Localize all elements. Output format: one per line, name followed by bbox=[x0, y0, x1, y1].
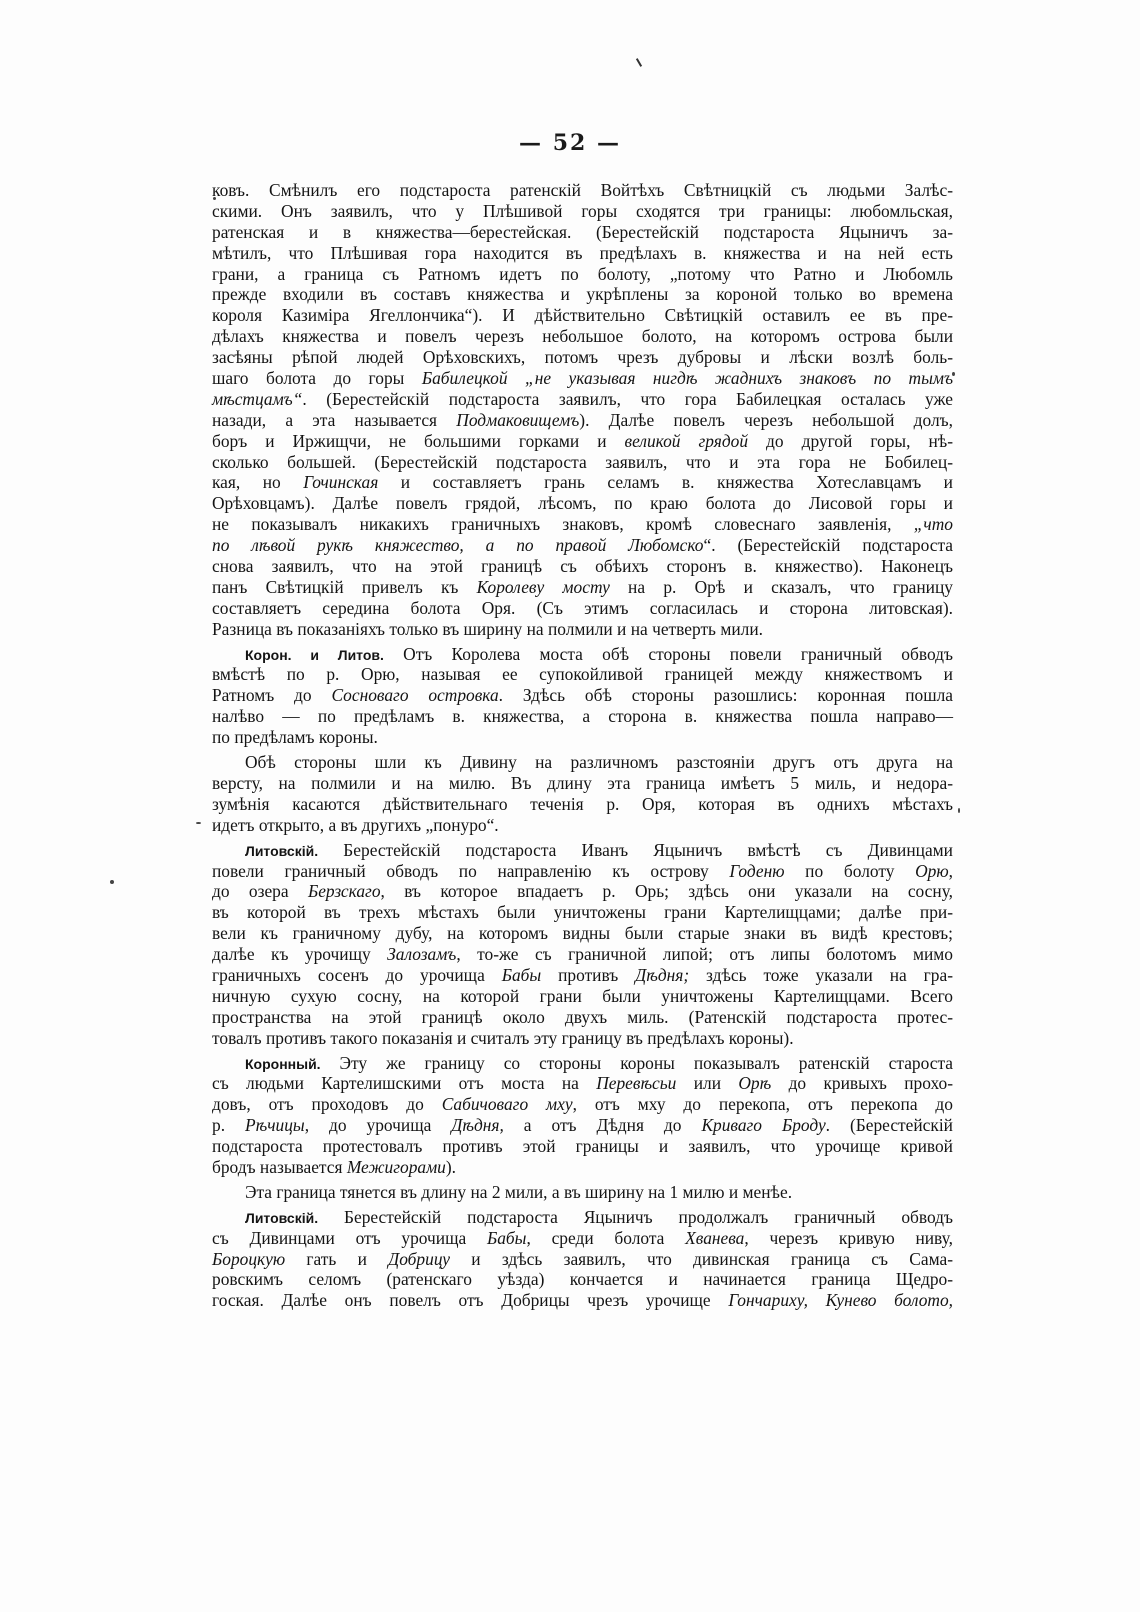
italic-term: Добрицу bbox=[388, 1249, 450, 1269]
text-line: короля Казиміра Ягеллончика“). И дѣйстви… bbox=[212, 305, 953, 326]
text-run: ковъ. Смѣнилъ его подстароста ратенскій … bbox=[212, 180, 953, 200]
italic-term: Перевѣсьи bbox=[596, 1073, 676, 1093]
text-run: здѣсь тоже указали на гра- bbox=[689, 965, 953, 985]
text-run: далѣе къ урочищу bbox=[212, 944, 387, 964]
text-line: сколько большей. (Берестейскій подстарос… bbox=[212, 452, 953, 473]
text-run: вели къ граничному дубу, на которомъ вид… bbox=[212, 923, 953, 943]
text-line: Бороцкую гать и Добрицу и здѣсь заявилъ,… bbox=[212, 1249, 953, 1270]
scan-speck bbox=[952, 372, 955, 376]
text-run: налѣво — по предѣламъ в. княжества, а ст… bbox=[212, 706, 953, 726]
text-run: Обѣ стороны шли къ Дивину на различномъ … bbox=[245, 752, 953, 772]
text-run: бродъ называется bbox=[212, 1157, 347, 1177]
text-line: не показывалъ никакихъ граничныхъ знаков… bbox=[212, 514, 953, 535]
body-text: ковъ. Смѣнилъ его подстароста ратенскій … bbox=[212, 180, 953, 1311]
italic-term: Дѣдня, bbox=[451, 1115, 504, 1135]
text-run: , черезъ кривую ниву, bbox=[744, 1228, 953, 1248]
text-line: ковъ. Смѣнилъ его подстароста ратенскій … bbox=[212, 180, 953, 201]
text-run: гать и bbox=[285, 1249, 388, 1269]
text-line: въ которой въ трехъ мѣстахъ были уничтож… bbox=[212, 902, 953, 923]
side-label: Корон. и Литов. bbox=[245, 647, 384, 663]
italic-term: Дѣдня; bbox=[635, 965, 689, 985]
text-run: версту, на полмили и на милю. Въ длину э… bbox=[212, 773, 953, 793]
text-line: по предѣламъ короны. bbox=[212, 727, 953, 748]
text-run: ратенская и в княжества—берестейская. (Б… bbox=[212, 222, 953, 242]
text-run: назади, а эта называется bbox=[212, 410, 456, 430]
text-run: гоская. Далѣе онъ повелъ отъ Добрицы чре… bbox=[212, 1290, 728, 1310]
text-run: шаго болота до горы bbox=[212, 368, 422, 388]
italic-term: Орѣ bbox=[738, 1073, 771, 1093]
text-run: короля Казиміра Ягеллончика“). И дѣйстви… bbox=[212, 305, 953, 325]
text-run: довъ, отъ проходовъ до bbox=[212, 1094, 442, 1114]
side-label: Коронный. bbox=[245, 1056, 321, 1072]
italic-term: Хванева bbox=[685, 1228, 744, 1248]
text-run: ). Далѣе повелъ черезъ небольшой долъ, bbox=[579, 410, 953, 430]
text-run: ничную сухую сосну, на которой грани был… bbox=[212, 986, 953, 1006]
italic-term: Берзскаго bbox=[308, 881, 381, 901]
text-line: Орѣховцамъ). Далѣе повелъ грядой, лѣсомъ… bbox=[212, 493, 953, 514]
text-run: товалъ противъ такого показанія и считал… bbox=[212, 1028, 794, 1048]
text-run: прежде входили въ составъ княжества и ук… bbox=[212, 284, 953, 304]
italic-term: Годеню bbox=[729, 861, 784, 881]
text-run: грани, а граница съ Ратномъ идетъ по бол… bbox=[212, 264, 953, 284]
text-line: Коронный. Эту же границу со стороны коро… bbox=[212, 1053, 953, 1074]
italic-term: великой грядой bbox=[625, 431, 749, 451]
text-line: далѣе къ урочищу Залозамъ, то-же съ гран… bbox=[212, 944, 953, 965]
italic-term: Межигорами bbox=[347, 1157, 446, 1177]
text-run: . (Берестейскій подстароста заявилъ, что… bbox=[302, 389, 953, 409]
text-line: Ратномъ до Сосноваго островка. Здѣсь обѣ… bbox=[212, 685, 953, 706]
text-line: Обѣ стороны шли къ Дивину на различномъ … bbox=[212, 752, 953, 773]
text-run: и здѣсь заявилъ, что дивинская граница с… bbox=[450, 1249, 953, 1269]
text-line: съ людьми Картелишскими отъ моста на Пер… bbox=[212, 1073, 953, 1094]
text-line: граничныхъ сосенъ до урочища Бабы против… bbox=[212, 965, 953, 986]
text-run: по болоту bbox=[784, 861, 915, 881]
text-line: мѣстцамъ“. (Берестейскій подстароста зая… bbox=[212, 389, 953, 410]
text-run: въ которой въ трехъ мѣстахъ были уничтож… bbox=[212, 902, 953, 922]
text-run: дѣлахъ княжества и повелъ черезъ небольш… bbox=[212, 326, 953, 346]
text-line: назади, а эта называется Подмаковищемъ).… bbox=[212, 410, 953, 431]
text-run: , то-же съ граничной липой; отъ липы бол… bbox=[456, 944, 953, 964]
text-run: граничныхъ сосенъ до урочища bbox=[212, 965, 502, 985]
text-run: , до урочища bbox=[305, 1115, 452, 1135]
text-line: съ Дивинцами отъ урочища Бабы, среди бол… bbox=[212, 1228, 953, 1249]
text-line: товалъ противъ такого показанія и считал… bbox=[212, 1028, 953, 1049]
text-line: по лѣвой рукѣ княжество, а по правой Люб… bbox=[212, 535, 953, 556]
text-run: подстароста протестовалъ противъ этой гр… bbox=[212, 1136, 953, 1156]
text-line: версту, на полмили и на милю. Въ длину э… bbox=[212, 773, 953, 794]
italic-term: Залозамъ bbox=[387, 944, 456, 964]
text-run: на р. Орѣ и сказалъ, что границу bbox=[610, 577, 953, 597]
text-line: повели граничный обводъ по направленію к… bbox=[212, 861, 953, 882]
text-line: прежде входили въ составъ княжества и ук… bbox=[212, 284, 953, 305]
text-run: сколько большей. (Берестейскій подстарос… bbox=[212, 452, 953, 472]
text-run: и составляетъ грань селамъ в. княжества … bbox=[378, 472, 953, 492]
text-line: до озера Берзскаго, въ которое впадаетъ … bbox=[212, 881, 953, 902]
text-run: Берестейскій подстароста Яцыничъ продолж… bbox=[318, 1207, 953, 1227]
text-run: Эта граница тянется въ длину на 2 мили, … bbox=[245, 1182, 792, 1202]
text-run: до кривыхъ прохо- bbox=[771, 1073, 953, 1093]
text-line: скими. Онъ заявилъ, что у Плѣшивой горы … bbox=[212, 201, 953, 222]
text-line: бродъ называется Межигорами). bbox=[212, 1157, 953, 1178]
italic-term: Бороцкую bbox=[212, 1249, 285, 1269]
text-line: ровскимъ селомъ (ратенскаго уѣзда) конча… bbox=[212, 1269, 953, 1290]
text-line: шаго болота до горы Бабилецкой „не указы… bbox=[212, 368, 953, 389]
text-line: идетъ открыто, а въ другихъ „понуро“. bbox=[212, 815, 953, 836]
text-line: составляетъ середина болота Оря. (Съ эти… bbox=[212, 598, 953, 619]
text-run: мѣтилъ, что Плѣшивая гора находится въ п… bbox=[212, 243, 953, 263]
text-run: противъ bbox=[541, 965, 635, 985]
text-run: кая, но bbox=[212, 472, 303, 492]
text-run: или bbox=[676, 1073, 738, 1093]
scan-speck bbox=[958, 808, 960, 813]
text-line: налѣво — по предѣламъ в. княжества, а ст… bbox=[212, 706, 953, 727]
text-run: панъ Свѣтицкій привелъ къ bbox=[212, 577, 477, 597]
text-line: Разница въ показаніяхъ только въ ширину … bbox=[212, 619, 953, 640]
text-line: грани, а граница съ Ратномъ идетъ по бол… bbox=[212, 264, 953, 285]
italic-term: „что bbox=[914, 514, 953, 534]
text-run: до другой горы, нѣ- bbox=[748, 431, 953, 451]
text-run: съ Дивинцами отъ урочища bbox=[212, 1228, 487, 1248]
text-run: а отъ Дѣдня до bbox=[504, 1115, 702, 1135]
text-run: засѣяны рѣпой людей Орѣховскихъ, потомъ … bbox=[212, 347, 953, 367]
text-line: вели къ граничному дубу, на которомъ вид… bbox=[212, 923, 953, 944]
text-run: вмѣстѣ по р. Орю, называя ее супокойливо… bbox=[212, 664, 953, 684]
text-run: зумѣнія касаются дѣйствительнаго теченія… bbox=[212, 794, 953, 814]
italic-term: Сабичоваго мху bbox=[442, 1094, 573, 1114]
text-line: подстароста протестовалъ противъ этой гр… bbox=[212, 1136, 953, 1157]
text-line: пространства на этой границѣ около двухъ… bbox=[212, 1007, 953, 1028]
text-line: р. Рѣчицы, до урочища Дѣдня, а отъ Дѣдня… bbox=[212, 1115, 953, 1136]
text-run: , въ которое впадаетъ р. Орь; здѣсь они … bbox=[381, 881, 953, 901]
text-line: снова заявилъ, что на этой границѣ съ об… bbox=[212, 556, 953, 577]
text-line: зумѣнія касаются дѣйствительнаго теченія… bbox=[212, 794, 953, 815]
text-line: панъ Свѣтицкій привелъ къ Королеву мосту… bbox=[212, 577, 953, 598]
text-line: Литовскій. Берестейскій подстароста Иван… bbox=[212, 840, 953, 861]
text-run: Разница въ показаніяхъ только въ ширину … bbox=[212, 619, 763, 639]
text-line: мѣтилъ, что Плѣшивая гора находится въ п… bbox=[212, 243, 953, 264]
text-run: , bbox=[949, 861, 953, 881]
text-line: ратенская и в княжества—берестейская. (Б… bbox=[212, 222, 953, 243]
text-run: пространства на этой границѣ около двухъ… bbox=[212, 1007, 953, 1027]
italic-term: Бабы bbox=[502, 965, 541, 985]
italic-term: Бабы bbox=[487, 1228, 526, 1248]
text-run: “. (Берестейскій подстароста bbox=[704, 535, 954, 555]
italic-term: Подмаковищемъ bbox=[456, 410, 579, 430]
text-run: съ людьми Картелишскими отъ моста на bbox=[212, 1073, 596, 1093]
scan-speck bbox=[110, 880, 114, 884]
text-run: . (Берестейскій bbox=[826, 1115, 953, 1135]
side-label: Литовскій. bbox=[245, 843, 318, 859]
text-run: Отъ Королева моста обѣ стороны повели гр… bbox=[384, 644, 953, 664]
text-line: довъ, отъ проходовъ до Сабичоваго мху, о… bbox=[212, 1094, 953, 1115]
page-number: — 52 — bbox=[0, 130, 1140, 156]
text-run: . Здѣсь обѣ стороны разошлись: коронная … bbox=[499, 685, 953, 705]
text-line: кая, но Гочинская и составляетъ грань се… bbox=[212, 472, 953, 493]
text-line: боръ и Иржищчи, не большими горками и ве… bbox=[212, 431, 953, 452]
italic-term: Гочинская bbox=[303, 472, 378, 492]
scan-mark bbox=[636, 58, 642, 67]
text-line: Эта граница тянется въ длину на 2 мили, … bbox=[212, 1182, 953, 1203]
text-run: Эту же границу со стороны короны показыв… bbox=[321, 1053, 953, 1073]
text-run: р. bbox=[212, 1115, 245, 1135]
text-line: гоская. Далѣе онъ повелъ отъ Добрицы чре… bbox=[212, 1290, 953, 1311]
text-run: идетъ открыто, а въ другихъ „понуро“. bbox=[212, 815, 499, 835]
italic-term: Гончариху, Кунево болото, bbox=[728, 1290, 953, 1310]
text-line: засѣяны рѣпой людей Орѣховскихъ, потомъ … bbox=[212, 347, 953, 368]
document-page: — 52 — ковъ. Смѣнилъ его подстароста рат… bbox=[0, 0, 1140, 1612]
text-run: , среди болота bbox=[526, 1228, 685, 1248]
scan-speck bbox=[196, 822, 201, 824]
text-line: Корон. и Литов. Отъ Королева моста обѣ с… bbox=[212, 644, 953, 665]
text-run: повели граничный обводъ по направленію к… bbox=[212, 861, 729, 881]
text-run: до озера bbox=[212, 881, 308, 901]
italic-term: Сосноваго островка bbox=[331, 685, 498, 705]
text-run: по предѣламъ короны. bbox=[212, 727, 378, 747]
text-run: ровскимъ селомъ (ратенскаго уѣзда) конча… bbox=[212, 1269, 953, 1289]
text-run: Орѣховцамъ). Далѣе повелъ грядой, лѣсомъ… bbox=[212, 493, 953, 513]
text-run: , отъ мху до перекопа, отъ перекопа до bbox=[573, 1094, 953, 1114]
text-line: вмѣстѣ по р. Орю, называя ее супокойливо… bbox=[212, 664, 953, 685]
italic-term: мѣстцамъ“ bbox=[212, 389, 302, 409]
text-run: боръ и Иржищчи, не большими горками и bbox=[212, 431, 625, 451]
italic-term: Орю bbox=[915, 861, 949, 881]
italic-term: Бабилецкой „не указывая нигдѣ жаднихъ зн… bbox=[422, 368, 953, 388]
text-line: ничную сухую сосну, на которой грани был… bbox=[212, 986, 953, 1007]
text-run: ). bbox=[446, 1157, 456, 1177]
italic-term: по лѣвой рукѣ княжество, а по правой Люб… bbox=[212, 535, 704, 555]
side-label: Литовскій. bbox=[245, 1210, 318, 1226]
text-run: Берестейскій подстароста Иванъ Яцыничъ в… bbox=[318, 840, 953, 860]
text-run: не показывалъ никакихъ граничныхъ знаков… bbox=[212, 514, 914, 534]
scan-speck bbox=[213, 197, 216, 200]
text-run: снова заявилъ, что на этой границѣ съ об… bbox=[212, 556, 953, 576]
text-line: Литовскій. Берестейскій подстароста Яцын… bbox=[212, 1207, 953, 1228]
text-run: скими. Онъ заявилъ, что у Плѣшивой горы … bbox=[212, 201, 953, 221]
text-run: составляетъ середина болота Оря. (Съ эти… bbox=[212, 598, 953, 618]
text-run: Ратномъ до bbox=[212, 685, 331, 705]
italic-term: Королеву мосту bbox=[477, 577, 610, 597]
italic-term: Рѣчицы bbox=[245, 1115, 305, 1135]
text-line: дѣлахъ княжества и повелъ черезъ небольш… bbox=[212, 326, 953, 347]
italic-term: Криваго Броду bbox=[701, 1115, 825, 1135]
